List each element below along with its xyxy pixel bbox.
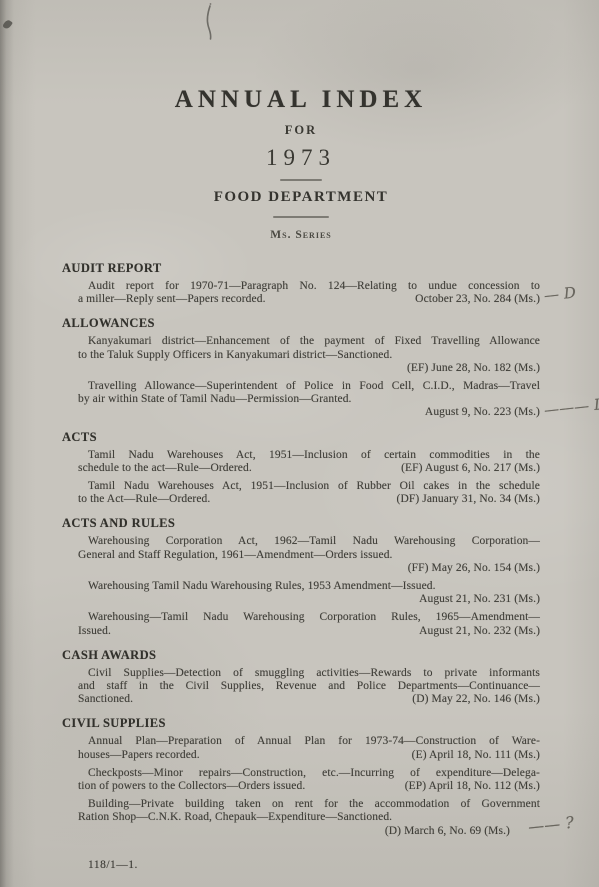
handwritten-mark: — D <box>543 287 576 303</box>
entry-line: tion of powers to the Collectors—Orders … <box>62 780 540 793</box>
entry-text: Tamil Nadu Warehouses Act, 1951—Inclusio… <box>88 480 540 492</box>
entry-line: schedule to the act—Rule—Ordered.(EF) Au… <box>62 462 540 475</box>
entry-text: Ration Shop—C.N.K. Road, Chepauk—Expendi… <box>78 811 392 823</box>
entry-text: Audit report for 1970-71—Paragraph No. 1… <box>88 280 540 292</box>
handwritten-mark: ——— D <box>543 398 599 418</box>
entry-text: Annual Plan—Preparation of Annual Plan f… <box>88 735 540 747</box>
entry-text: Travelling Allowance—Superintendent of P… <box>88 380 540 392</box>
divider-rule <box>280 179 322 181</box>
entry-line: Sanctioned.(D) May 22, No. 146 (Ms.) <box>62 693 540 706</box>
entry-ref: (D) May 22, No. 146 (Ms.) <box>404 693 540 706</box>
section-heading: AUDIT REPORT <box>62 261 540 276</box>
entry-line: a miller—Reply sent—Papers recorded.Octo… <box>62 293 540 306</box>
entry-line: General and Staff Regulation, 1961—Amend… <box>62 549 540 562</box>
index-entry: Building—Private building taken on rent … <box>62 798 540 838</box>
entry-text: to the Act—Rule—Ordered. <box>78 493 210 506</box>
ink-speck <box>2 19 13 30</box>
index-entry: Civil Supplies—Detection of smuggling ac… <box>62 667 540 707</box>
entry-line: houses—Papers recorded.(E) April 18, No.… <box>62 749 540 762</box>
divider-rule <box>273 216 329 218</box>
entry-line: (D) March 6, No. 69 (Ms.)—— ? <box>62 825 540 838</box>
entry-line: August 9, No. 223 (Ms.)——— D <box>62 406 540 419</box>
entry-line: Issued.August 21, No. 232 (Ms.) <box>62 625 540 638</box>
entry-line: Warehousing—Tamil Nadu Warehousing Corpo… <box>62 611 540 624</box>
entry-text: to the Taluk Supply Officers in Kanyakum… <box>78 349 392 361</box>
index-sections: AUDIT REPORTAudit report for 1970-71—Par… <box>62 261 540 838</box>
index-entry: Warehousing Tamil Nadu Warehousing Rules… <box>62 580 540 606</box>
entry-line: (FF) May 26, No. 154 (Ms.) <box>62 562 540 575</box>
index-section: ACTSTamil Nadu Warehouses Act, 1951—Incl… <box>62 430 540 507</box>
index-entry: Warehousing Corporation Act, 1962—Tamil … <box>62 535 540 575</box>
entry-line: Civil Supplies—Detection of smuggling ac… <box>62 667 540 680</box>
index-entry: Audit report for 1970-71—Paragraph No. 1… <box>62 280 540 306</box>
index-section: ALLOWANCESKanyakumari district—Enhanceme… <box>62 316 540 419</box>
entry-text: by air within State of Tamil Nadu—Permis… <box>78 393 352 405</box>
department-title: FOOD DEPARTMENT <box>62 189 540 206</box>
entry-ref: (D) March 6, No. 69 (Ms.) <box>385 825 510 837</box>
entry-text: tion of powers to the Collectors—Orders … <box>78 780 305 793</box>
series-label: Ms. Series <box>62 229 540 241</box>
handwritten-mark: —— ? <box>527 815 574 833</box>
entry-text: Warehousing Tamil Nadu Warehousing Rules… <box>88 580 436 592</box>
document-header: ANNUAL INDEX FOR 1973 FOOD DEPARTMENT Ms… <box>62 0 540 241</box>
entry-text: Warehousing—Tamil Nadu Warehousing Corpo… <box>88 611 540 623</box>
entry-line: August 21, No. 231 (Ms.) <box>62 593 540 606</box>
entry-line: Annual Plan—Preparation of Annual Plan f… <box>62 735 540 748</box>
entry-line: to the Taluk Supply Officers in Kanyakum… <box>62 349 540 362</box>
index-entry: Kanyakumari district—Enhancement of the … <box>62 335 540 375</box>
index-section: ACTS AND RULESWarehousing Corporation Ac… <box>62 516 540 637</box>
entry-ref: August 21, No. 231 (Ms.) <box>419 593 540 605</box>
entry-text: Building—Private building taken on rent … <box>88 798 540 810</box>
index-section: CASH AWARDSCivil Supplies—Detection of s… <box>62 648 540 707</box>
entry-line: Tamil Nadu Warehouses Act, 1951—Inclusio… <box>62 480 540 493</box>
entry-text: Tamil Nadu Warehouses Act, 1951—Inclusio… <box>88 449 540 461</box>
for-label: FOR <box>62 123 540 138</box>
section-heading: CIVIL SUPPLIES <box>62 716 540 731</box>
entry-line: Building—Private building taken on rent … <box>62 798 540 811</box>
index-entry: Annual Plan—Preparation of Annual Plan f… <box>62 735 540 761</box>
entry-line: Warehousing Tamil Nadu Warehousing Rules… <box>62 580 540 593</box>
entry-text: Issued. <box>78 625 111 638</box>
entry-ref: August 21, No. 232 (Ms.) <box>411 625 540 638</box>
year-label: 1973 <box>62 145 540 171</box>
index-section: CIVIL SUPPLIESAnnual Plan—Preparation of… <box>62 716 540 837</box>
entry-text: General and Staff Regulation, 1961—Amend… <box>78 549 393 561</box>
section-heading: ALLOWANCES <box>62 316 540 331</box>
entry-text: a miller—Reply sent—Papers recorded. <box>78 293 266 306</box>
entry-text: Civil Supplies—Detection of smuggling ac… <box>88 667 540 679</box>
entry-ref: October 23, No. 284 (Ms.) <box>407 293 540 306</box>
entry-line: Audit report for 1970-71—Paragraph No. 1… <box>62 280 540 293</box>
pen-stroke-mark <box>203 2 219 44</box>
entry-line: Kanyakumari district—Enhancement of the … <box>62 335 540 348</box>
entry-ref: (FF) May 26, No. 154 (Ms.) <box>408 562 540 574</box>
index-entry: Tamil Nadu Warehouses Act, 1951—Inclusio… <box>62 449 540 475</box>
entry-text: Sanctioned. <box>78 693 133 706</box>
entry-text: Checkposts—Minor repairs—Construction, e… <box>88 767 540 779</box>
section-heading: ACTS AND RULES <box>62 516 540 531</box>
entry-text: and staff in the Civil Supplies, Revenue… <box>78 680 540 692</box>
entry-ref: (DF) January 31, No. 34 (Ms.) <box>389 493 540 506</box>
entry-line: and staff in the Civil Supplies, Revenue… <box>62 680 540 693</box>
entry-ref: (E) April 18, No. 111 (Ms.) <box>404 749 540 762</box>
entry-ref: (EP) April 18, No. 112 (Ms.) <box>397 780 540 793</box>
entry-line: Tamil Nadu Warehouses Act, 1951—Inclusio… <box>62 449 540 462</box>
entry-line: Ration Shop—C.N.K. Road, Chepauk—Expendi… <box>62 811 540 824</box>
entry-line: Checkposts—Minor repairs—Construction, e… <box>62 767 540 780</box>
page-title: ANNUAL INDEX <box>62 86 540 114</box>
section-heading: ACTS <box>62 430 540 445</box>
section-heading: CASH AWARDS <box>62 648 540 663</box>
index-entry: Travelling Allowance—Superintendent of P… <box>62 380 540 420</box>
entry-text: schedule to the act—Rule—Ordered. <box>78 462 252 475</box>
entry-line: Warehousing Corporation Act, 1962—Tamil … <box>62 535 540 548</box>
entry-line: by air within State of Tamil Nadu—Permis… <box>62 393 540 406</box>
entry-text: Warehousing Corporation Act, 1962—Tamil … <box>88 535 540 547</box>
entry-line: Travelling Allowance—Superintendent of P… <box>62 380 540 393</box>
index-section: AUDIT REPORTAudit report for 1970-71—Par… <box>62 261 540 306</box>
index-entry: Checkposts—Minor repairs—Construction, e… <box>62 767 540 793</box>
index-entry: Tamil Nadu Warehouses Act, 1951—Inclusio… <box>62 480 540 506</box>
entry-ref: August 9, No. 223 (Ms.) <box>425 406 540 418</box>
scanned-page: ANNUAL INDEX FOR 1973 FOOD DEPARTMENT Ms… <box>0 0 599 887</box>
entry-ref: (EF) June 28, No. 182 (Ms.) <box>407 362 540 374</box>
footer-reference: 118/1—1. <box>88 859 138 871</box>
entry-ref: (EF) August 6, No. 217 (Ms.) <box>393 462 540 475</box>
entry-text: Kanyakumari district—Enhancement of the … <box>88 335 540 347</box>
entry-line: (EF) June 28, No. 182 (Ms.) <box>62 362 540 375</box>
index-entry: Warehousing—Tamil Nadu Warehousing Corpo… <box>62 611 540 637</box>
entry-text: houses—Papers recorded. <box>78 749 200 762</box>
entry-line: to the Act—Rule—Ordered.(DF) January 31,… <box>62 493 540 506</box>
